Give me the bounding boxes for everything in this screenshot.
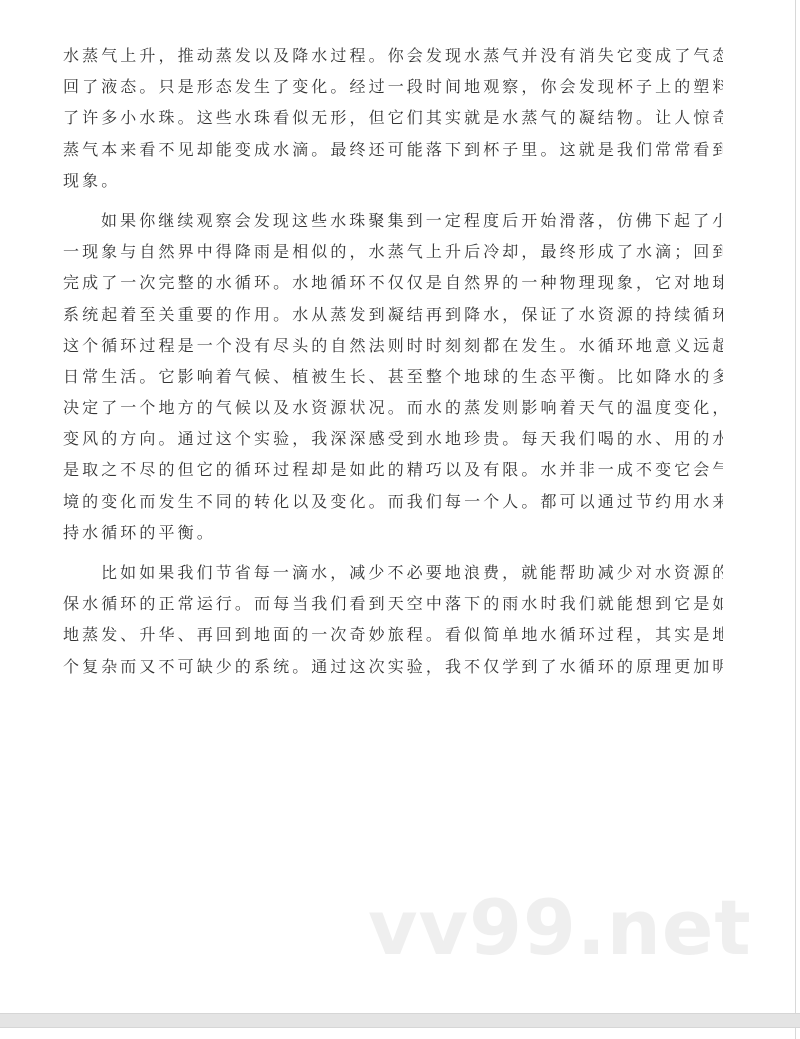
text-line: 水蒸气上升，推动蒸发以及降水过程。你会发现水蒸气并没有消失它变成了气态。又变 [63,40,723,71]
document-page: 水蒸气上升，推动蒸发以及降水过程。你会发现水蒸气并没有消失它变成了气态。又变 回… [0,0,796,1013]
text-line: 是取之不尽的但它的循环过程却是如此的精巧以及有限。水并非一成不变它会气候、环 [63,454,723,485]
watermark: vv99.net [368,890,752,966]
text-line: 境的变化而发生不同的转化以及变化。而我们每一个人。都可以通过节约用水来帮助保 [63,486,723,517]
text-line: 地蒸发、升华、再回到地面的一次奇妙旅程。看似简单地水循环过程，其实是地球上一 [63,619,723,650]
document-body: 水蒸气上升，推动蒸发以及降水过程。你会发现水蒸气并没有消失它变成了气态。又变 回… [63,40,723,682]
text-line: 系统起着至关重要的作用。水从蒸发到凝结再到降水，保证了水资源的持续循环流动。 [63,299,723,330]
text-line: 保水循环的正常运行。而每当我们看到天空中落下的雨水时我们就能想到它是如何从大 [63,588,723,619]
text-line: 个复杂而又不可缺少的系统。通过这次实验，我不仅学到了水循环的原理更加明白了每 [63,651,723,682]
paragraph-3: 比如如果我们节省每一滴水，减少不必要地浪费，就能帮助减少对水资源的消耗确 保水循… [63,557,723,682]
text-line: 持水循环的平衡。 [63,517,723,548]
text-line: 一现象与自然界中得降雨是相似的，水蒸气上升后冷却，最终形成了水滴；回到地面； [63,236,723,267]
text-line: 完成了一次完整的水循环。水地循环不仅仅是自然界的一种物理现象，它对地球的生态 [63,267,723,298]
text-line: 现象。 [63,165,723,196]
text-line: 比如如果我们节省每一滴水，减少不必要地浪费，就能帮助减少对水资源的消耗确 [63,557,723,588]
text-line: 如果你继续观察会发现这些水珠聚集到一定程度后开始滑落，仿佛下起了小雨。这 [63,205,723,236]
text-line: 了许多小水珠。这些水珠看似无形，但它们其实就是水蒸气的凝结物。让人惊奇的是水 [63,102,723,133]
text-line: 日常生活。它影响着气候、植被生长、甚至整个地球的生态平衡。比如降水的多少直接 [63,361,723,392]
text-line: 决定了一个地方的气候以及水资源状况。而水的蒸发则影响着天气的温度变化，甚至改 [63,392,723,423]
text-line: 变风的方向。通过这个实验，我深深感受到水地珍贵。每天我们喝的水、用的水，似乎 [63,423,723,454]
page-separator [0,1013,800,1028]
next-page-edge [0,1028,796,1039]
text-line: 回了液态。只是形态发生了变化。经过一段时间地观察，你会发现杯子上的塑料膜出现 [63,71,723,102]
text-line: 蒸气本来看不见却能变成水滴。最终还可能落下到杯子里。这就是我们常常看到的降水 [63,134,723,165]
paragraph-2: 如果你继续观察会发现这些水珠聚集到一定程度后开始滑落，仿佛下起了小雨。这 一现象… [63,205,723,548]
paragraph-1: 水蒸气上升，推动蒸发以及降水过程。你会发现水蒸气并没有消失它变成了气态。又变 回… [63,40,723,196]
text-line: 这个循环过程是一个没有尽头的自然法则时时刻刻都在发生。水循环地意义远超我们的 [63,330,723,361]
